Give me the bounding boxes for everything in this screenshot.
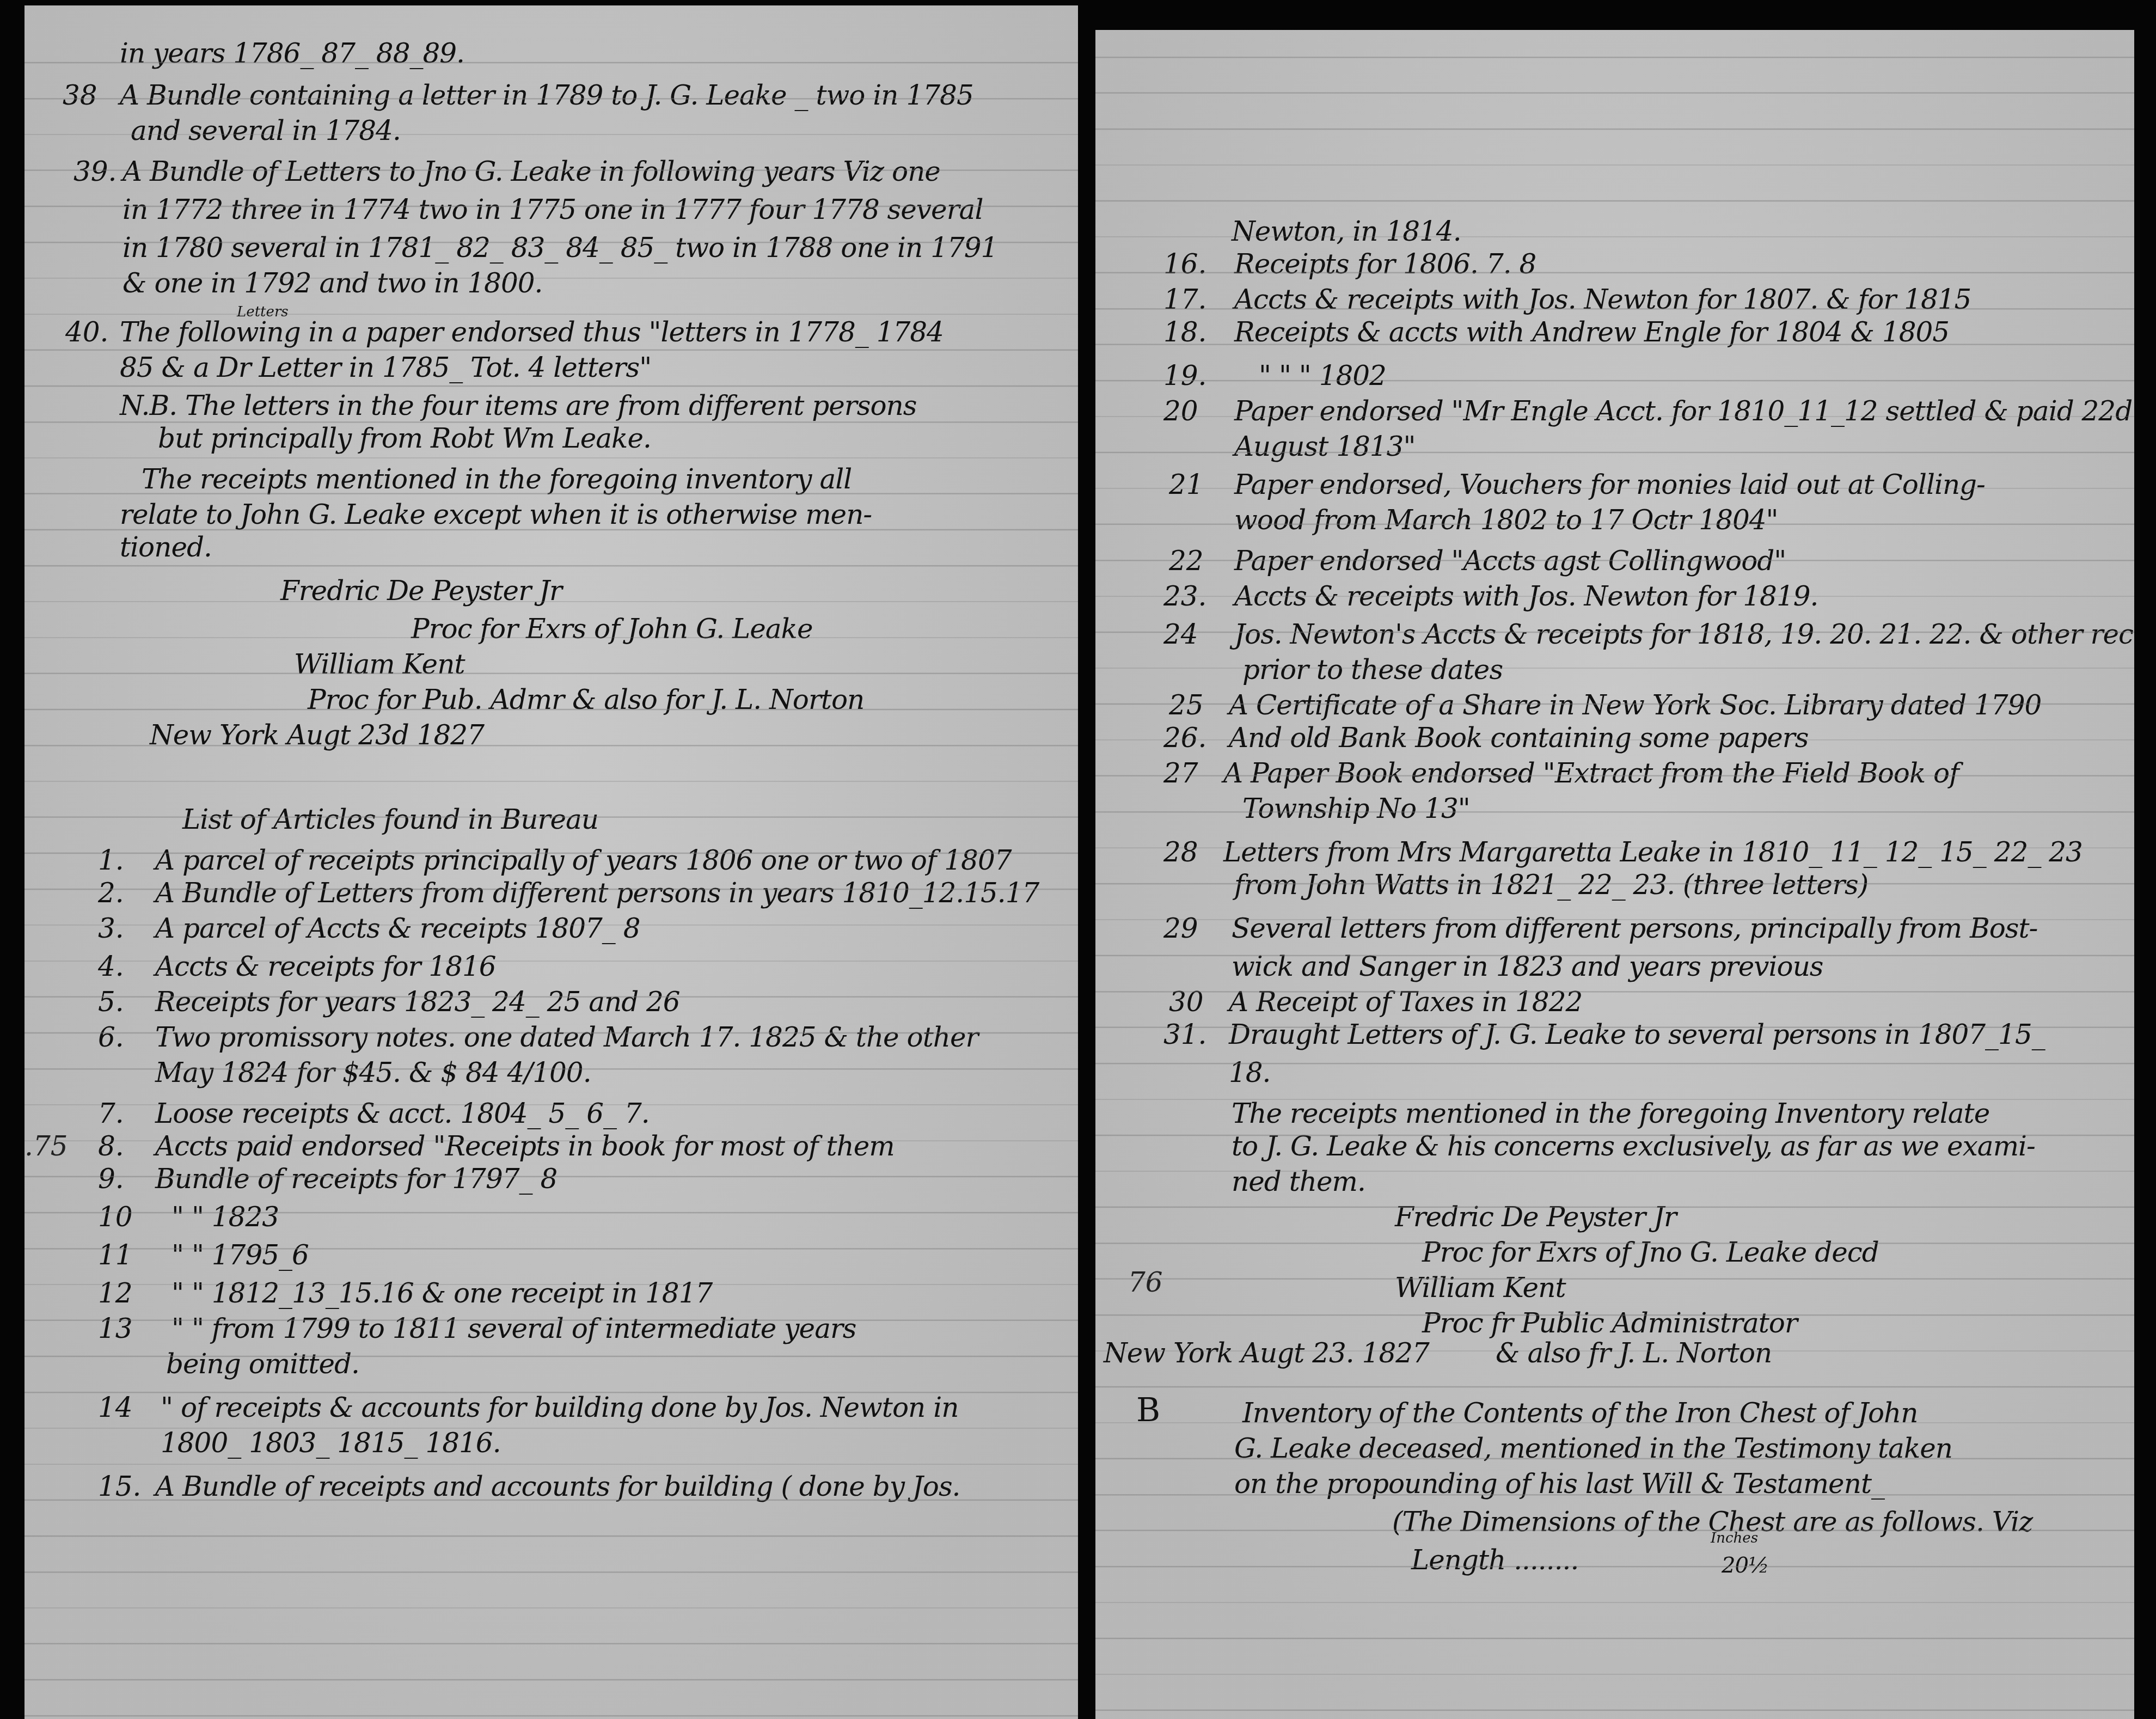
list-item: Receipts for 1806. 7. 8 bbox=[1234, 248, 1536, 280]
item-number: 15. bbox=[98, 1470, 142, 1503]
signature-line: William Kent bbox=[1395, 1271, 1566, 1304]
list-item: August 1813" bbox=[1234, 430, 1415, 463]
list-item: " " from 1799 to 1811 several of interme… bbox=[171, 1312, 856, 1345]
list-item: Paper endorsed "Accts agst Collingwood" bbox=[1234, 545, 1786, 577]
list-item: May 1824 for $45. & $ 84 4/100. bbox=[155, 1056, 591, 1089]
item-number: 29 bbox=[1163, 912, 1198, 945]
section-letter: B bbox=[1136, 1391, 1160, 1429]
item-number: 16. bbox=[1163, 248, 1207, 280]
section-line: Length ........ bbox=[1411, 1544, 1578, 1576]
list-item: 1800_ 1803_ 1815_ 1816. bbox=[161, 1427, 501, 1459]
item-number: 7. bbox=[98, 1097, 124, 1130]
margin-note: .75 bbox=[24, 1130, 68, 1163]
list-item: Accts & receipts with Jos. Newton for 18… bbox=[1234, 580, 1818, 613]
item-number: 8. bbox=[98, 1130, 124, 1163]
section-line: G. Leake deceased, mentioned in the Test… bbox=[1234, 1432, 1952, 1465]
item-number: 39. bbox=[73, 155, 117, 188]
list-item: Several letters from different persons, … bbox=[1232, 912, 2037, 945]
dimension-unit: Inches bbox=[1711, 1530, 1758, 1546]
text-line: The receipts mentioned in the foregoing … bbox=[142, 463, 852, 495]
list-item: wood from March 1802 to 17 Octr 1804" bbox=[1234, 504, 1778, 536]
list-item: And old Bank Book containing some papers bbox=[1229, 721, 1808, 754]
text-line: 85 & a Dr Letter in 1785_ Tot. 4 letters… bbox=[120, 351, 651, 384]
item-number: 14 bbox=[98, 1391, 133, 1424]
text-line: in years 1786_ 87_ 88_89. bbox=[120, 37, 464, 70]
item-number: 31. bbox=[1163, 1018, 1207, 1051]
text-line: The receipts mentioned in the foregoing … bbox=[1232, 1097, 1989, 1130]
item-number: 17. bbox=[1163, 283, 1207, 316]
date-line: New York Augt 23d 1827 bbox=[150, 719, 484, 751]
text-line: N.B. The letters in the four items are f… bbox=[120, 389, 916, 422]
list-item: A Bundle of Letters from different perso… bbox=[155, 877, 1039, 909]
list-item: Township No 13" bbox=[1242, 792, 1470, 825]
item-number: 12 bbox=[98, 1277, 133, 1310]
item-number: 19. bbox=[1163, 359, 1207, 392]
list-item: A Certificate of a Share in New York Soc… bbox=[1229, 689, 2041, 721]
item-number: 23. bbox=[1163, 580, 1207, 613]
item-number: 38 bbox=[63, 79, 97, 112]
item-number: 10 bbox=[98, 1201, 133, 1233]
item-number: 6. bbox=[98, 1021, 124, 1054]
item-number: 40. bbox=[65, 316, 109, 348]
list-item: prior to these dates bbox=[1242, 653, 1503, 686]
text-line: ned them. bbox=[1232, 1165, 1365, 1198]
list-item: " of receipts & accounts for building do… bbox=[161, 1391, 958, 1424]
left-page: in years 1786_ 87_ 88_89. 38 A Bundle co… bbox=[24, 5, 1078, 1719]
item-number: 5. bbox=[98, 986, 124, 1018]
item-number: 2. bbox=[98, 877, 124, 909]
list-item: Paper endorsed "Mr Engle Acct. for 1810_… bbox=[1234, 395, 2132, 427]
list-item: Loose receipts & acct. 1804_ 5_ 6_ 7. bbox=[155, 1097, 650, 1130]
list-item: Jos. Newton's Accts & receipts for 1818,… bbox=[1234, 618, 2134, 651]
signature-line: Fredric De Peyster Jr bbox=[1395, 1201, 1676, 1233]
item-number: 25 bbox=[1169, 689, 1204, 721]
list-item: wick and Sanger in 1823 and years previo… bbox=[1232, 950, 1823, 983]
list-item: Accts & receipts with Jos. Newton for 18… bbox=[1234, 283, 1971, 316]
list-title: List of Articles found in Bureau bbox=[182, 803, 598, 836]
item-number: 3. bbox=[98, 912, 124, 945]
text-line: relate to John G. Leake except when it i… bbox=[120, 498, 872, 531]
section-line: Inventory of the Contents of the Iron Ch… bbox=[1242, 1397, 1918, 1429]
list-item: " " 1812_13_15.16 & one receipt in 1817 bbox=[171, 1277, 712, 1310]
signature-line: William Kent bbox=[294, 648, 465, 681]
list-item: A Bundle of receipts and accounts for bu… bbox=[155, 1470, 960, 1503]
list-item: Receipts & accts with Andrew Engle for 1… bbox=[1234, 316, 1949, 348]
item-number: 18. bbox=[1163, 316, 1207, 348]
item-number: 21 bbox=[1169, 468, 1204, 501]
text-line: The following in a paper endorsed thus "… bbox=[120, 316, 944, 348]
item-number: 26. bbox=[1163, 721, 1207, 754]
list-item: Bundle of receipts for 1797_ 8 bbox=[155, 1163, 557, 1195]
list-item: A parcel of receipts principally of year… bbox=[155, 844, 1012, 877]
text-line: tioned. bbox=[120, 531, 212, 564]
text-line: A Bundle containing a letter in 1789 to … bbox=[120, 79, 973, 112]
text-line: & one in 1792 and two in 1800. bbox=[122, 267, 542, 299]
signature-line: & also fr J. L. Norton bbox=[1496, 1337, 1772, 1369]
section-line: on the propounding of his last Will & Te… bbox=[1234, 1467, 1884, 1500]
date-line: New York Augt 23. 1827 bbox=[1104, 1337, 1429, 1369]
list-item: " " 1823 bbox=[171, 1201, 279, 1233]
list-item: Draught Letters of J. G. Leake to severa… bbox=[1229, 1018, 2045, 1051]
signature-line: Proc fr Public Administrator bbox=[1422, 1307, 1797, 1339]
right-page: Newton, in 1814. 16. Receipts for 1806. … bbox=[1095, 30, 2134, 1719]
list-item: Paper endorsed, Vouchers for monies laid… bbox=[1234, 468, 1985, 501]
list-item: A Paper Book endorsed "Extract from the … bbox=[1223, 757, 1959, 790]
item-number: 28 bbox=[1163, 836, 1198, 868]
item-number: 22 bbox=[1169, 545, 1204, 577]
text-line: A Bundle of Letters to Jno G. Leake in f… bbox=[122, 155, 940, 188]
item-number: 1. bbox=[98, 844, 124, 877]
text-line: Newton, in 1814. bbox=[1232, 215, 1461, 248]
item-number: 13 bbox=[98, 1312, 133, 1345]
signature-line: Fredric De Peyster Jr bbox=[280, 574, 562, 607]
text-line: but principally from Robt Wm Leake. bbox=[158, 422, 651, 455]
list-item: A Receipt of Taxes in 1822 bbox=[1229, 986, 1582, 1018]
list-item: from John Watts in 1821_ 22_ 23. (three … bbox=[1234, 868, 1868, 901]
text-line: and several in 1784. bbox=[131, 114, 401, 147]
list-item: " " " 1802 bbox=[1259, 359, 1386, 392]
item-number: 30 bbox=[1169, 986, 1204, 1018]
text-line: in 1772 three in 1774 two in 1775 one in… bbox=[122, 193, 983, 226]
list-item: Accts paid endorsed "Receipts in book fo… bbox=[155, 1130, 895, 1163]
item-number: 11 bbox=[98, 1239, 133, 1271]
signature-line: Proc for Exrs of John G. Leake bbox=[411, 613, 812, 645]
dimension-value: 20½ bbox=[1722, 1549, 1769, 1582]
text-line: in 1780 several in 1781_ 82_ 83_ 84_ 85_… bbox=[122, 231, 997, 264]
signature-line: Proc for Pub. Admr & also for J. L. Nort… bbox=[308, 683, 864, 716]
item-number: 4. bbox=[98, 950, 124, 983]
text-line: to J. G. Leake & his concerns exclusivel… bbox=[1232, 1130, 2035, 1163]
item-number: 9. bbox=[98, 1163, 124, 1195]
list-item: Letters from Mrs Margaretta Leake in 181… bbox=[1223, 836, 2082, 868]
list-item: Accts & receipts for 1816 bbox=[155, 950, 496, 983]
list-item: being omitted. bbox=[166, 1348, 359, 1380]
list-item: A parcel of Accts & receipts 1807_ 8 bbox=[155, 912, 640, 945]
item-number: 24 bbox=[1163, 618, 1198, 651]
item-number: 20 bbox=[1163, 395, 1198, 427]
item-number: 27 bbox=[1163, 757, 1198, 790]
signature-line: Proc for Exrs of Jno G. Leake decd bbox=[1422, 1236, 1879, 1269]
list-item: 18. bbox=[1229, 1056, 1271, 1089]
list-item: " " 1795_6 bbox=[171, 1239, 309, 1271]
list-item: Receipts for years 1823_ 24_ 25 and 26 bbox=[155, 986, 680, 1018]
list-item: Two promissory notes. one dated March 17… bbox=[155, 1021, 978, 1054]
margin-note: 76 bbox=[1128, 1266, 1163, 1299]
